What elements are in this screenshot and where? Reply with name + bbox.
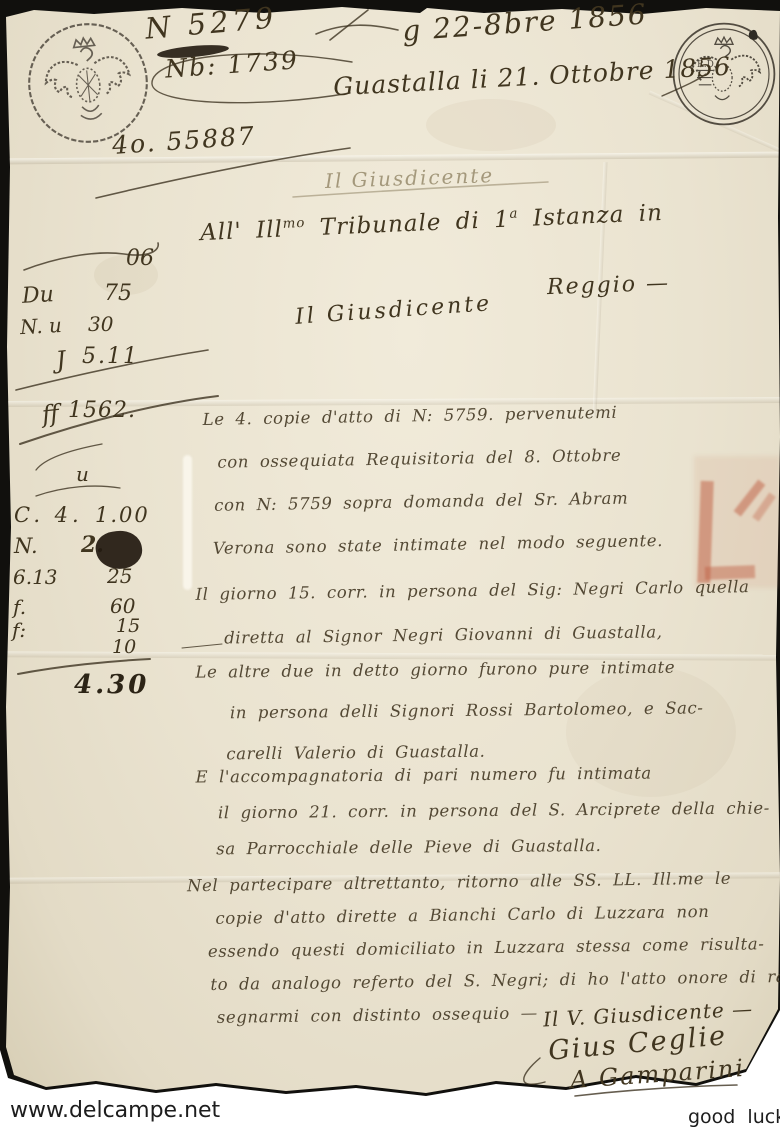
margin-note-value: 10 bbox=[112, 636, 136, 658]
address-place: Reggio — bbox=[547, 271, 671, 300]
body-line: Le altre due in detto giorno furono pure… bbox=[195, 657, 703, 703]
margin-note-label: f. bbox=[13, 595, 26, 619]
scanned-letter: R.D. N 5279 Nb: 1739 g 2 bbox=[0, 0, 780, 1131]
body-paragraph: E l'accompagnatoria di pari numero fu in… bbox=[196, 762, 771, 875]
body-line: in persona delli Signori Rossi Bartolome… bbox=[196, 698, 704, 744]
body-line: il giorno 21. corr. in persona del S. Ar… bbox=[196, 798, 770, 839]
margin-note-label: N. u bbox=[19, 313, 62, 339]
margin-note-label: 6.13 bbox=[13, 565, 58, 589]
margin-note-label: N. bbox=[14, 534, 38, 558]
margin-note-label: f: bbox=[12, 618, 26, 642]
margin-note-value: 15 bbox=[116, 615, 140, 637]
margin-note-value: 25 bbox=[107, 564, 132, 588]
margin-mid-mark: u bbox=[76, 462, 89, 486]
watermark-note: good luck bbox=[688, 1106, 780, 1128]
margin-note-value: 06 bbox=[126, 246, 154, 271]
watermark-site: www.delcampe.net bbox=[10, 1098, 220, 1123]
margin-note-label: ff bbox=[41, 399, 61, 429]
address-superscript: mo bbox=[282, 216, 305, 232]
margin-note-label: C. 4. bbox=[14, 503, 83, 527]
body-line: E l'accompagnatoria di pari numero fu in… bbox=[196, 762, 770, 803]
body-paragraph: Le 4. copie d'atto di N: 5759. pervenute… bbox=[203, 402, 664, 582]
margin-total: 4.30 bbox=[74, 670, 149, 700]
margin-note-value: 2. bbox=[81, 532, 104, 558]
margin-note-label: Du bbox=[21, 282, 54, 309]
margin-note-value: 1.00 bbox=[95, 503, 150, 527]
body-line: Verona sono state intimate nel modo segu… bbox=[205, 531, 664, 582]
margin-note-value: 30 bbox=[88, 312, 113, 336]
address-part: All' Ill bbox=[200, 217, 284, 247]
body-line: Il giorno 15. corr. in persona del Sig: … bbox=[195, 577, 750, 629]
margin-note-value: 5.11 bbox=[82, 344, 139, 369]
margin-note-value: 1562. bbox=[68, 398, 136, 423]
margin-note-value: 75 bbox=[104, 281, 132, 306]
